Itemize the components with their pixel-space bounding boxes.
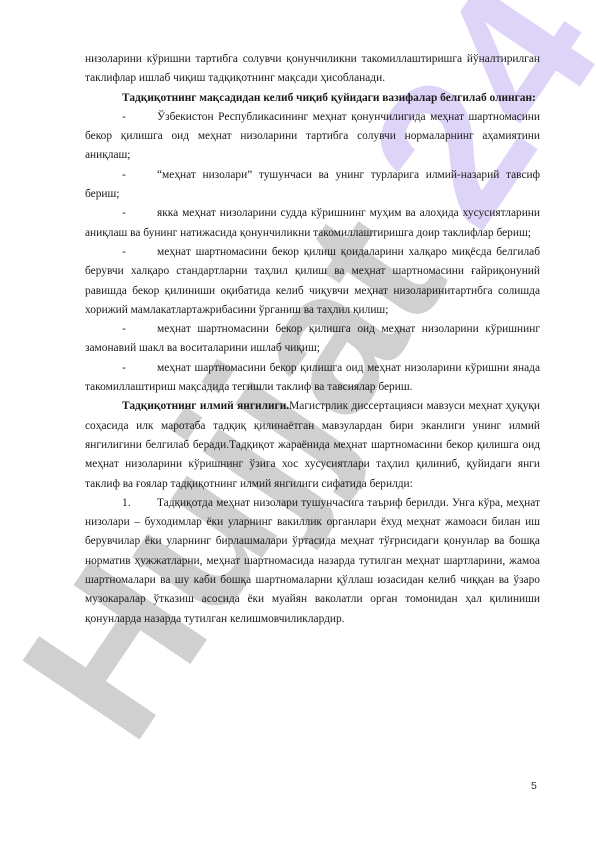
task-item: -меҳнат шартномасини бекор қилишга оид м… — [85, 359, 540, 398]
bullet-marker: - — [85, 108, 157, 127]
task-item: -меҳнат шартномасини бекор қилишга оид м… — [85, 320, 540, 359]
task-item: -меҳнат шартномасини бекор қилиш қоидала… — [85, 243, 540, 320]
task-item: -якка меҳнат низоларини судда кўришнинг … — [85, 204, 540, 243]
continuation-paragraph: низоларини кўришни тартибга солувчи қону… — [85, 50, 540, 89]
task-item: -Ўзбекистон Республикасининг меҳнат қону… — [85, 108, 540, 166]
bullet-marker: - — [85, 320, 157, 339]
number-marker: 1. — [85, 494, 157, 513]
document-body: низоларини кўришни тартибга солувчи қону… — [85, 50, 540, 629]
tasks-heading: Тадқиқотнинг мақсадидан келиб чиқиб қуйи… — [85, 89, 540, 108]
task-item: -“меҳнат низолари” тушунчаси ва унинг ту… — [85, 166, 540, 205]
bullet-marker: - — [85, 166, 157, 185]
bullet-marker: - — [85, 359, 157, 378]
bullet-marker: - — [85, 204, 157, 223]
bullet-marker: - — [85, 243, 157, 262]
novelty-paragraph: Тадқиқотнинг илмий янгилиги.Магистрлик д… — [85, 397, 540, 493]
numbered-item: 1.Тадқиқотда меҳнат низолари тушунчасига… — [85, 494, 540, 629]
document-page: Hujjat 24 низоларини кўришни тартибга со… — [0, 0, 596, 842]
page-number: 5 — [531, 780, 537, 792]
novelty-heading: Тадқиқотнинг илмий янгилиги. — [122, 400, 289, 412]
novelty-text: Магистрлик диссертацияси мавзуси меҳнат … — [85, 400, 540, 489]
numbered-text: Тадқиқотда меҳнат низолари тушунчасига т… — [85, 497, 540, 625]
